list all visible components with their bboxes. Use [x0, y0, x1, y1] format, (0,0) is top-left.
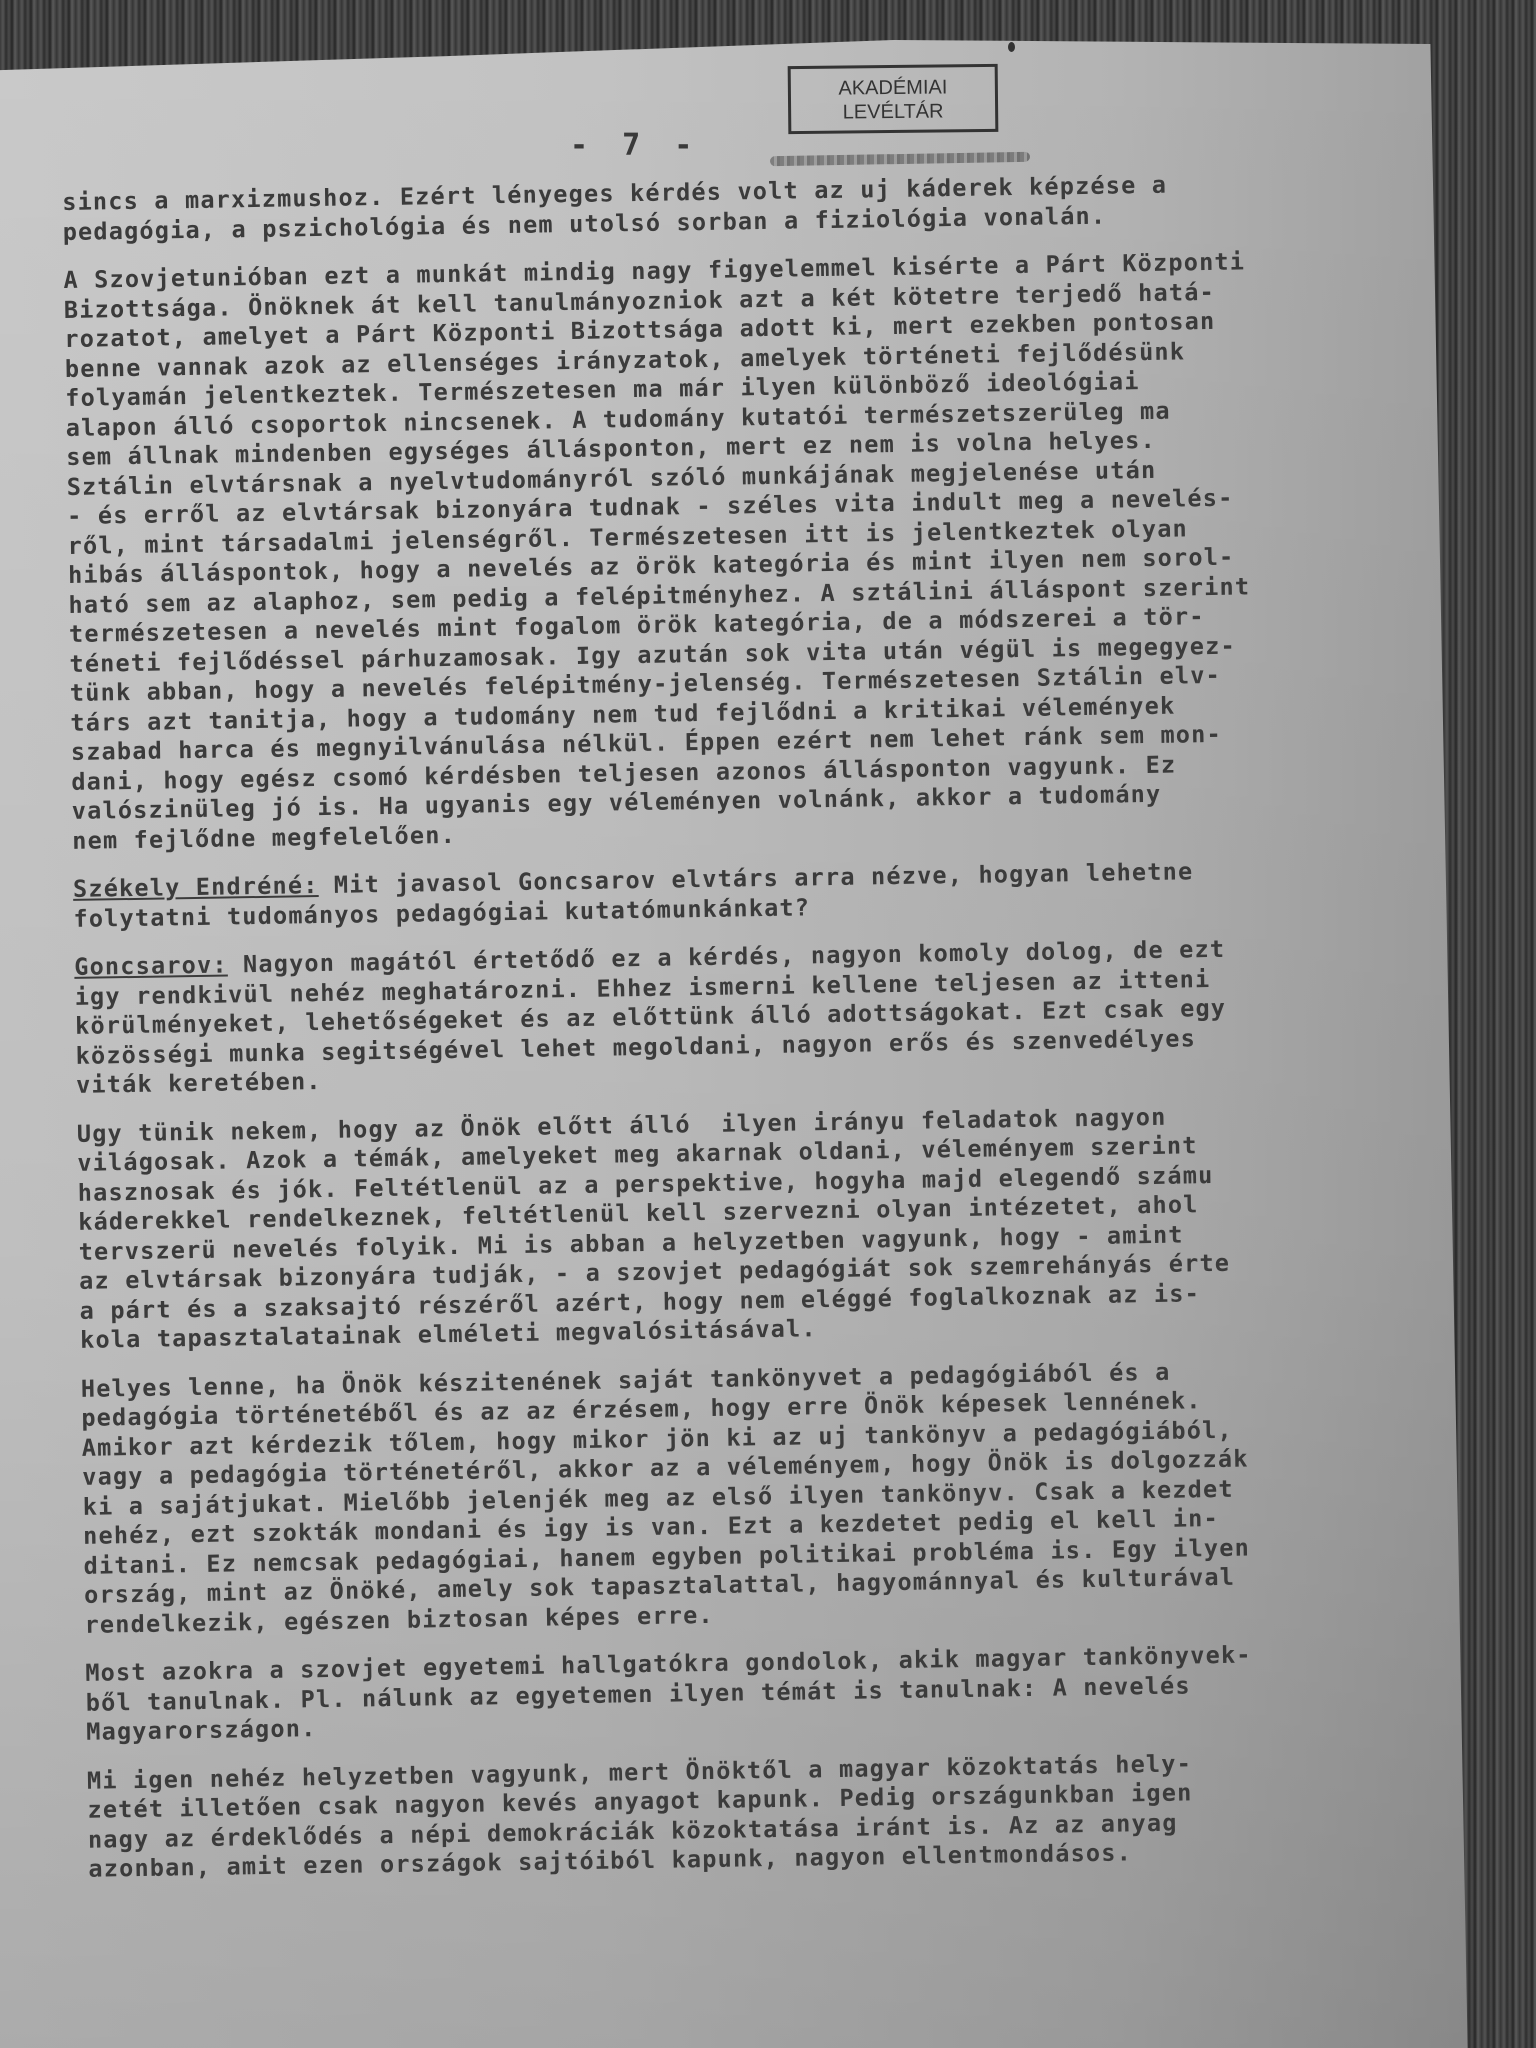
- paragraph: Helyes lenne, ha Önök készitenének saját…: [81, 1352, 1485, 1639]
- speaker-name: Goncsarov:: [74, 950, 228, 980]
- typewritten-body: sincs a marxizmushoz. Ezért lényeges kér…: [62, 166, 1489, 1903]
- dialogue-paragraph: Székely Endréné: Mit javasol Goncsarov e…: [73, 853, 1474, 934]
- paragraph: Most azokra a szovjet egyetemi hallgatók…: [85, 1637, 1486, 1747]
- page-number: - 7 -: [570, 128, 700, 163]
- archive-stamp: AKADÉMIAI LEVÉLTÁR: [788, 64, 999, 134]
- stamp-line-2: LEVÉLTÁR: [791, 99, 995, 125]
- paragraph: Ugy tünik nekem, hogy az Önök előtt álló…: [77, 1097, 1481, 1355]
- ink-dot: [1008, 42, 1015, 52]
- dialogue-paragraph: Goncsarov: Nagyon magától értetődő ez a …: [74, 931, 1476, 1100]
- speaker-name: Székely Endréné:: [73, 871, 319, 903]
- paragraph: Mi igen nehéz helyzetben vagyunk, mert Ö…: [87, 1744, 1489, 1884]
- paragraph: A Szovjetunióban ezt a munkát mindig nag…: [63, 244, 1472, 856]
- stamp-line-1: AKADÉMIAI: [791, 75, 995, 101]
